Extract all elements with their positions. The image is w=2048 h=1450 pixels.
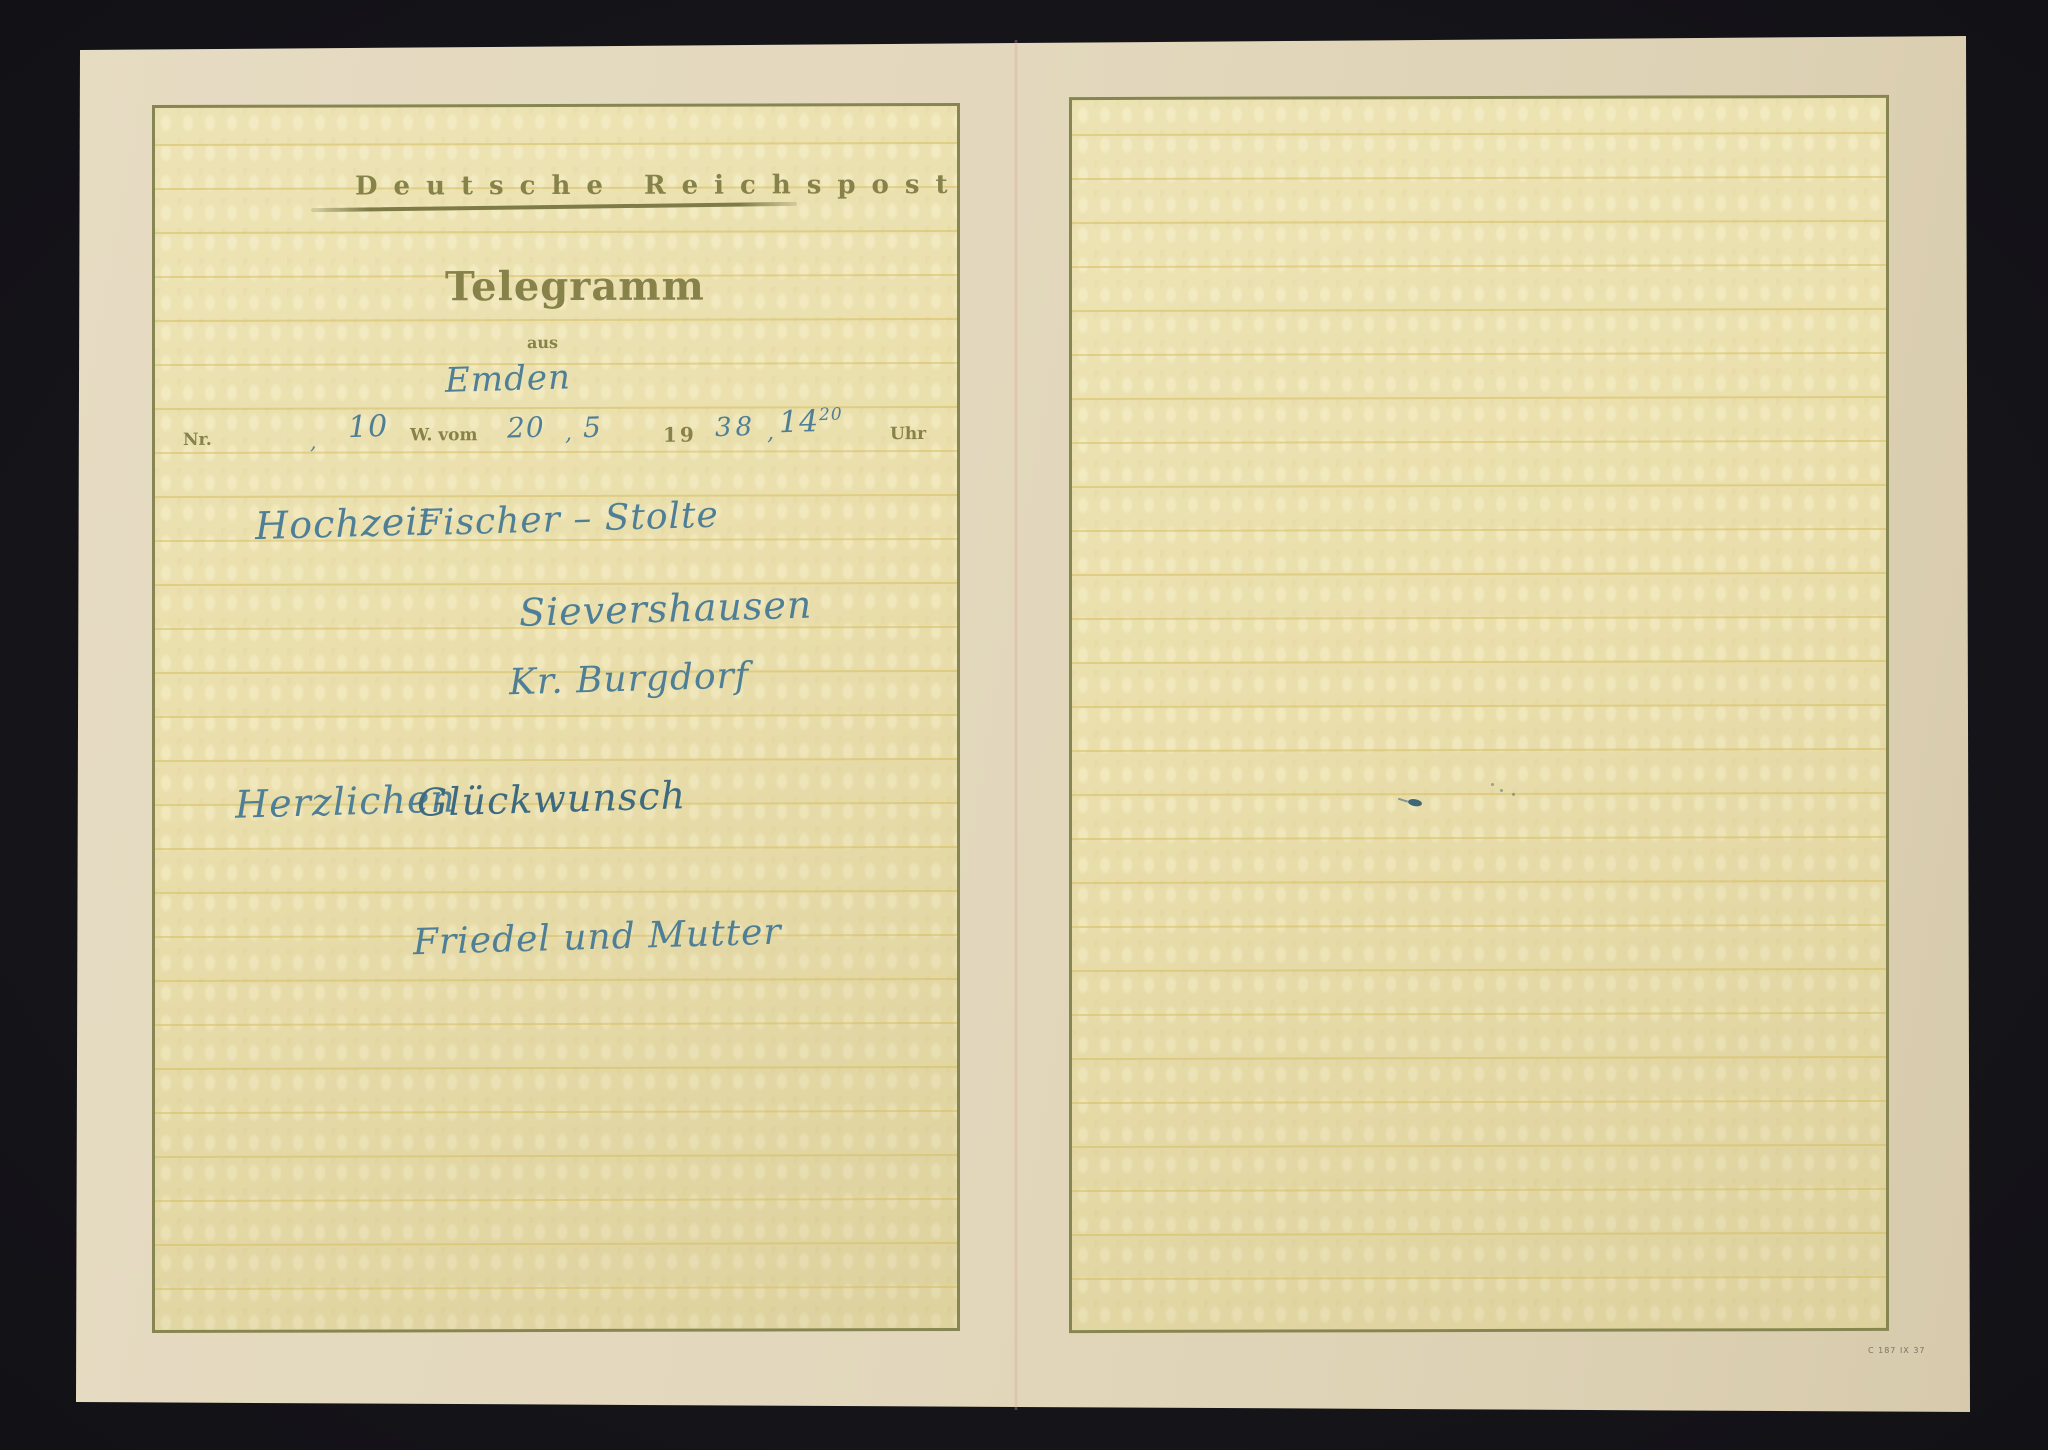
uhr-label: Uhr bbox=[890, 424, 926, 444]
ink-speck bbox=[1491, 783, 1494, 786]
w-vom-label: W. vom bbox=[410, 425, 478, 445]
message-word-2: Glückwunsch bbox=[416, 773, 686, 825]
form-code: C 187 IX 37 bbox=[1868, 1346, 1926, 1355]
from-label: aus bbox=[527, 333, 558, 352]
address-district: Kr. Burgdorf bbox=[509, 655, 750, 703]
address-names: Fischer – Stolte bbox=[417, 495, 720, 545]
center-fold bbox=[1014, 40, 1018, 1410]
ink-speck bbox=[1512, 793, 1515, 796]
year-prefix-label: 19 bbox=[663, 423, 697, 447]
separator-mark: , bbox=[310, 430, 318, 454]
date-year-value: 38 bbox=[715, 412, 757, 443]
address-town: Sievershausen bbox=[518, 582, 812, 634]
time-hours: 14 bbox=[779, 404, 820, 440]
photo-stage: Deutsche Reichspost Telegramm aus Emden … bbox=[0, 0, 2048, 1450]
date-day-value: 20 bbox=[507, 411, 545, 445]
ruled-lines bbox=[1072, 98, 1886, 1330]
nr-value: 10 bbox=[348, 409, 389, 445]
time-minutes: 20 bbox=[819, 404, 843, 425]
time-value: 1420 bbox=[779, 403, 844, 440]
telegram-form-panel: Deutsche Reichspost Telegramm aus Emden … bbox=[152, 103, 960, 1333]
ink-speck bbox=[1500, 789, 1503, 792]
separator-mark: , bbox=[565, 421, 574, 446]
date-month-value: 5 bbox=[583, 411, 603, 445]
origin-city-value: Emden bbox=[444, 357, 571, 401]
issuer-header: Deutsche Reichspost bbox=[355, 170, 960, 202]
form-title: Telegramm bbox=[445, 263, 705, 311]
blank-ruled-panel bbox=[1069, 95, 1889, 1333]
address-occasion: Hochzeit bbox=[254, 499, 435, 548]
nr-label: Nr. bbox=[183, 430, 212, 450]
separator-mark: , bbox=[767, 420, 776, 445]
